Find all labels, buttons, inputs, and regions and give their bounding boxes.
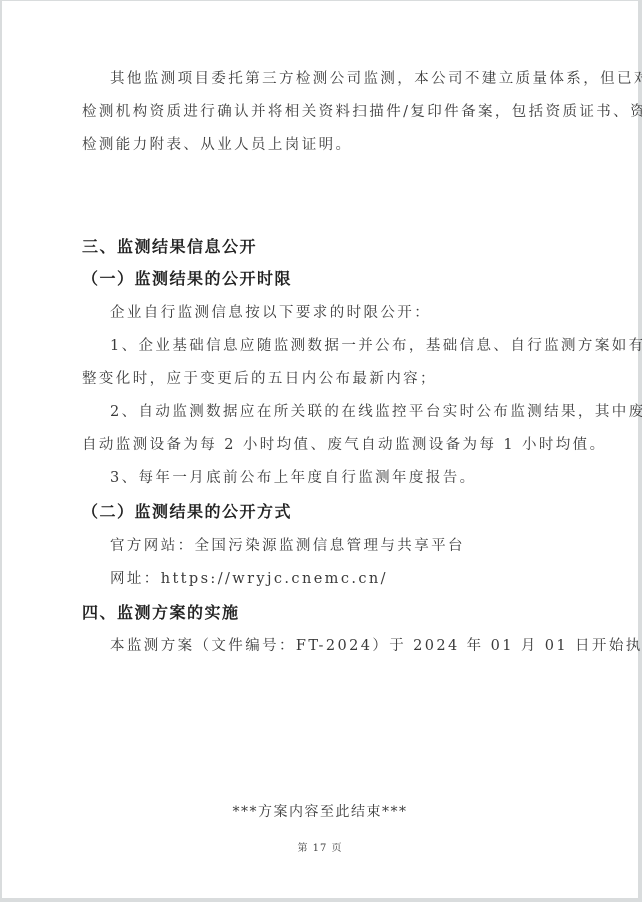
paragraph-line: 官方网站：全国污染源监测信息管理与共享平台 [110, 534, 465, 555]
paragraph-line: 3、每年一月底前公布上年度自行监测年度报告。 [110, 466, 477, 487]
paragraph-line: 其他监测项目委托第三方检测公司监测，本公司不建立质量体系，但已对 [110, 67, 642, 88]
subsection-heading: （二）监测结果的公开方式 [82, 499, 292, 522]
paragraph-line: 自动监测设备为每 2 小时均值、废气自动监测设备为每 1 小时均值。 [82, 433, 607, 454]
paragraph-line: 检测机构资质进行确认并将相关资料扫描件/复印件备案，包括资质证书、资质 [82, 100, 642, 121]
paragraph-line: 本监测方案（文件编号：FT-2024）于 2024 年 01 月 01 日开始执… [110, 634, 642, 655]
paragraph-line: 2、自动监测数据应在所关联的在线监控平台实时公布监测结果，其中废水 [110, 400, 642, 421]
paragraph-line: 检测能力附表、从业人员上岗证明。 [82, 133, 352, 154]
section-heading: 四、监测方案的实施 [82, 600, 240, 623]
paragraph-line: 企业自行监测信息按以下要求的时限公开： [110, 301, 431, 322]
document-page: 其他监测项目委托第三方检测公司监测，本公司不建立质量体系，但已对 检测机构资质进… [2, 1, 638, 898]
paragraph-line: 1、企业基础信息应随监测数据一并公布，基础信息、自行监测方案如有调 [110, 334, 642, 355]
end-marker: ***方案内容至此结束*** [2, 801, 638, 821]
page-number: 第 17 页 [2, 839, 638, 854]
section-heading: 三、监测结果信息公开 [82, 234, 257, 257]
paragraph-line: 整变化时，应于变更后的五日内公布最新内容； [82, 367, 437, 388]
subsection-heading: （一）监测结果的公开时限 [82, 266, 292, 289]
website-url: 网址：https://wryjc.cnemc.cn/ [110, 567, 388, 588]
